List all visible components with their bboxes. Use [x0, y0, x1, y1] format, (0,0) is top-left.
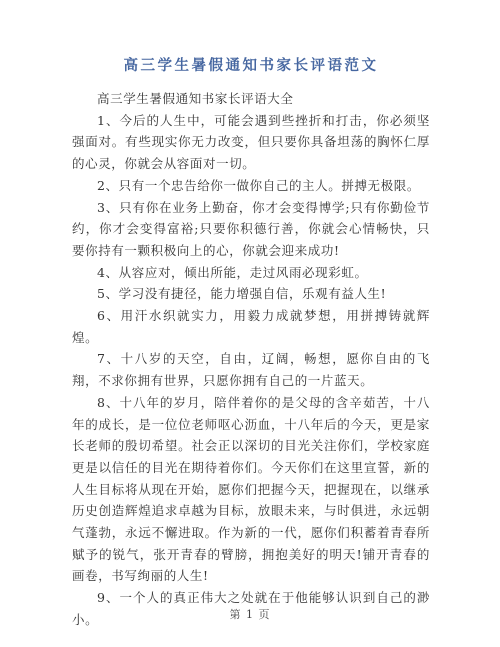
- paragraph: 高三学生暑假通知书家长评语大全: [72, 88, 430, 110]
- document-page: 高三学生暑假通知书家长评语范文 高三学生暑假通知书家长评语大全1、今后的人生中，…: [0, 0, 500, 647]
- page-number-footer: 第 1 页: [0, 606, 500, 622]
- paragraph: 5、学习没有捷径，能力增强自信，乐观有益人生!: [72, 283, 430, 305]
- paragraph: 1、今后的人生中，可能会遇到些挫折和打击，你必须坚强面对。有些现实你无力改变，但…: [72, 110, 430, 175]
- document-title: 高三学生暑假通知书家长评语范文: [72, 57, 430, 74]
- paragraph: 3、只有你在业务上勤奋，你才会变得博学;只有你勤俭节约，你才会变得富裕;只要你积…: [72, 197, 430, 262]
- paragraph: 7、十八岁的天空，自由，辽阔，畅想，愿你自由的飞翔，不求你拥有世界，只愿你拥有自…: [72, 348, 430, 391]
- paragraph: 4、从容应对，倾出所能，走过风雨必现彩虹。: [72, 262, 430, 284]
- document-body: 高三学生暑假通知书家长评语大全1、今后的人生中，可能会遇到些挫折和打击，你必须坚…: [72, 88, 430, 631]
- paragraph: 6、用汗水织就实力，用毅力成就梦想，用拼搏铸就辉煌。: [72, 305, 430, 348]
- paragraph: 2、只有一个忠告给你一做你自己的主人。拼搏无极限。: [72, 175, 430, 197]
- paragraph: 8、十八年的岁月，陪伴着你的是父母的含辛茹苦，十八年的成长，是一位位老师呕心沥血…: [72, 392, 430, 587]
